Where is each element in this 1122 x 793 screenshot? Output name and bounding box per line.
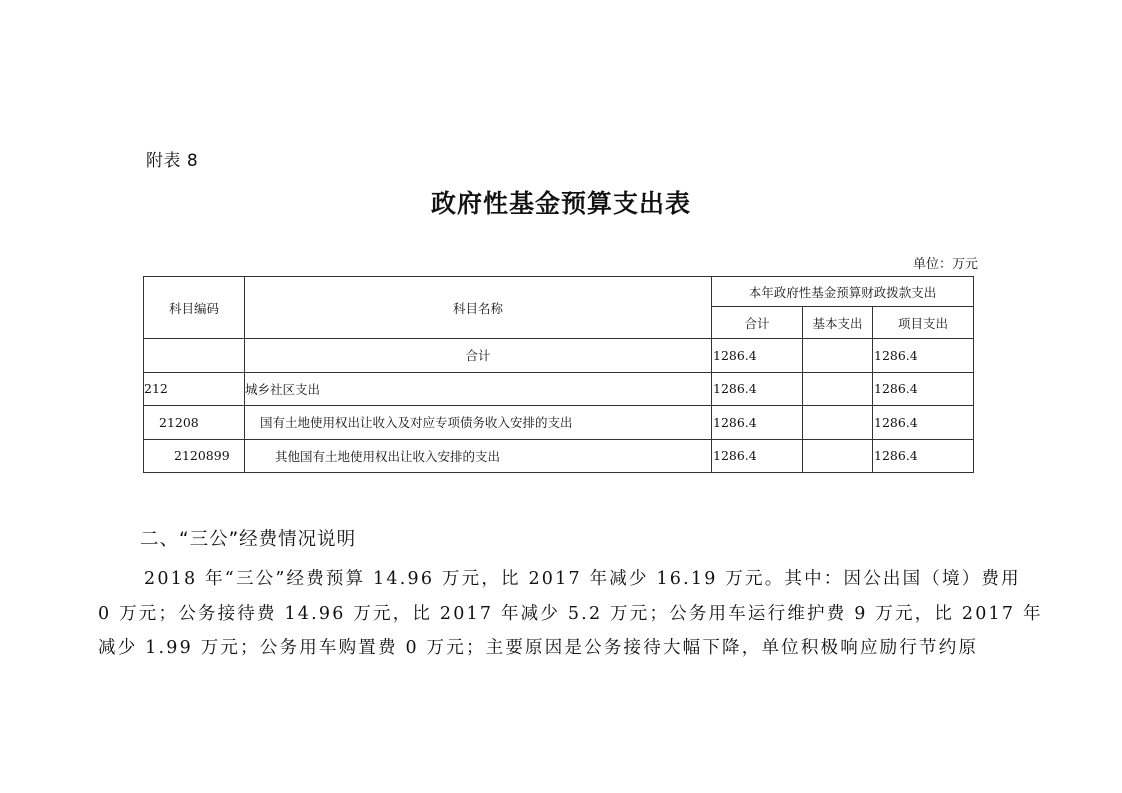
cell-code: 21208: [144, 406, 245, 440]
paragraph-line: 减少 1.99 万元；公务用车购置费 0 万元；主要原因是公务接待大幅下降，单位…: [98, 631, 1028, 666]
cell-basic: [803, 339, 873, 373]
table-row: 2120899 其他国有土地使用权出让收入安排的支出 1286.4 1286.4: [144, 439, 974, 473]
cell-name: 其他国有土地使用权出让收入安排的支出: [245, 439, 712, 473]
cell-total: 1286.4: [712, 406, 803, 440]
paragraph-line: 0 万元；公务接待费 14.96 万元，比 2017 年减少 5.2 万元；公务…: [98, 597, 1028, 632]
section-paragraph: 2018 年“三公”经费预算 14.96 万元，比 2017 年减少 16.19…: [98, 562, 1028, 666]
header-name: 科目名称: [245, 277, 712, 339]
appendix-label: 附表 8: [146, 146, 198, 171]
page-title: 政府性基金预算支出表: [0, 184, 1122, 220]
cell-code: [144, 339, 245, 373]
cell-name: 合计: [245, 339, 712, 373]
header-code: 科目编码: [144, 277, 245, 339]
cell-project: 1286.4: [873, 439, 974, 473]
cell-total: 1286.4: [712, 339, 803, 373]
cell-project: 1286.4: [873, 406, 974, 440]
header-row: 科目编码 科目名称 本年政府性基金预算财政拨款支出: [144, 277, 974, 307]
table-row: 212 城乡社区支出 1286.4 1286.4: [144, 372, 974, 406]
cell-total: 1286.4: [712, 372, 803, 406]
section-heading: 二、“三公”经费情况说明: [140, 525, 356, 551]
cell-code: 2120899: [144, 439, 245, 473]
header-group: 本年政府性基金预算财政拨款支出: [712, 277, 974, 307]
cell-project: 1286.4: [873, 339, 974, 373]
table-row: 21208 国有土地使用权出让收入及对应专项债务收入安排的支出 1286.4 1…: [144, 406, 974, 440]
paragraph-line: 2018 年“三公”经费预算 14.96 万元，比 2017 年减少 16.19…: [98, 562, 1028, 597]
table-row-total: 合计 1286.4 1286.4: [144, 339, 974, 373]
header-project: 项目支出: [873, 307, 974, 339]
cell-basic: [803, 406, 873, 440]
budget-table: 科目编码 科目名称 本年政府性基金预算财政拨款支出 合计 基本支出 项目支出 合…: [143, 276, 974, 473]
cell-project: 1286.4: [873, 372, 974, 406]
header-basic: 基本支出: [803, 307, 873, 339]
header-total: 合计: [712, 307, 803, 339]
cell-basic: [803, 372, 873, 406]
cell-basic: [803, 439, 873, 473]
cell-total: 1286.4: [712, 439, 803, 473]
cell-code: 212: [144, 372, 245, 406]
cell-name: 城乡社区支出: [245, 372, 712, 406]
unit-label: 单位：万元: [913, 253, 978, 272]
cell-name: 国有土地使用权出让收入及对应专项债务收入安排的支出: [245, 406, 712, 440]
